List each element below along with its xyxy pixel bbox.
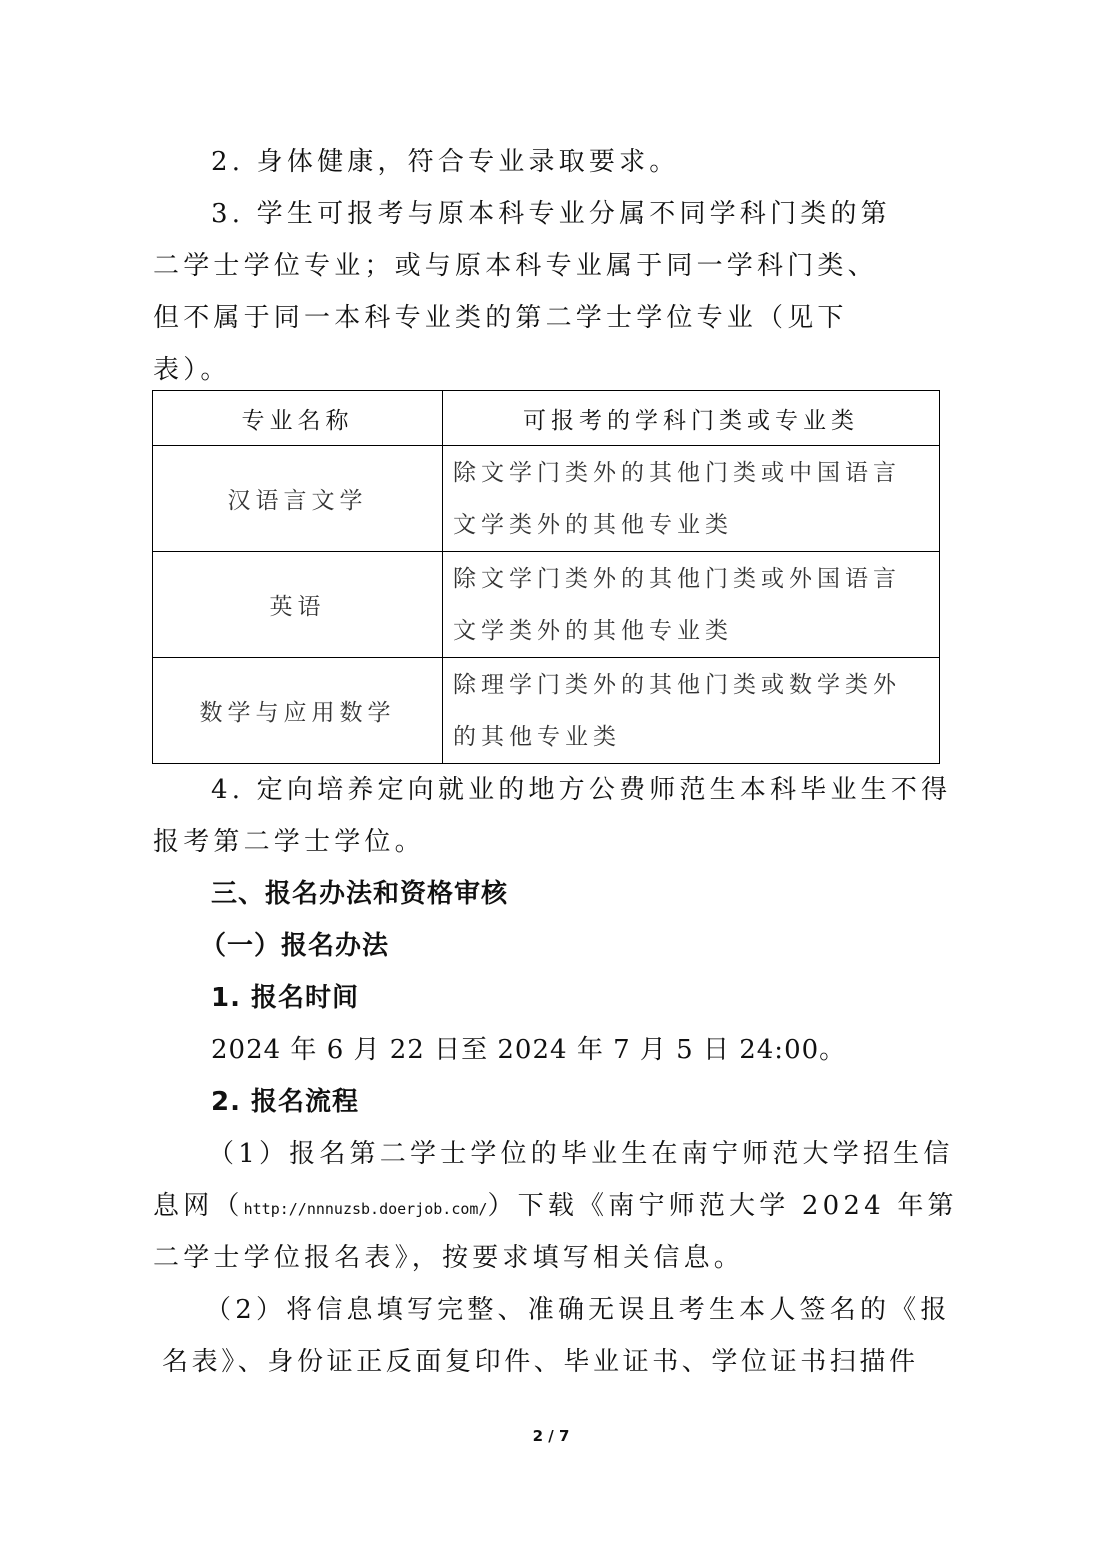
scope-line: 文学类外的其他专业类 (453, 499, 929, 551)
process-step-2-line-2: 名表》、身份证正反面复印件、毕业证书、学位证书扫描件 (162, 1336, 952, 1388)
table-row: 英语 除文学门类外的其他门类或外国语言 文学类外的其他专业类 (153, 552, 940, 658)
header-major-name: 专业名称 (153, 391, 443, 446)
header-eligible-categories: 可报考的学科门类或专业类 (443, 391, 940, 446)
table-header-row: 专业名称 可报考的学科门类或专业类 (153, 391, 940, 446)
requirement-item-3-line-2: 二学士学位专业；或与原本科专业属于同一学科门类、 (153, 240, 943, 292)
scope-line: 除理学门类外的其他门类或数学类外 (453, 659, 929, 711)
requirement-item-3-line-1: 3. 学生可报考与原本科专业分属不同学科门类的第 (211, 188, 1001, 240)
section-heading: 三、报名办法和资格审核 (211, 868, 1001, 920)
scope-line: 除文学门类外的其他门类或外国语言 (453, 553, 929, 605)
registration-time-heading: 1. 报名时间 (211, 972, 1001, 1024)
requirement-item-3-line-3: 但不属于同一本科专业类的第二学士学位专业（见下 (153, 292, 943, 344)
major-name-cell: 英语 (153, 552, 443, 658)
table-row: 数学与应用数学 除理学门类外的其他门类或数学类外 的其他专业类 (153, 658, 940, 764)
major-eligibility-table: 专业名称 可报考的学科门类或专业类 汉语言文学 除文学门类外的其他门类或中国语言… (152, 390, 940, 764)
page-indicator: 2 / 7 (0, 1427, 1102, 1445)
eligible-scope-cell: 除文学门类外的其他门类或中国语言 文学类外的其他专业类 (443, 446, 940, 552)
requirement-item-3-line-4: 表）。 (153, 344, 943, 396)
scope-line: 除文学门类外的其他门类或中国语言 (453, 447, 929, 499)
requirement-item-2: 2. 身体健康，符合专业录取要求。 (211, 136, 1001, 188)
text: ）下载《南宁师范大学 2024 年第 (487, 1191, 957, 1221)
registration-process-heading: 2. 报名流程 (211, 1076, 1001, 1128)
major-name-cell: 汉语言文学 (153, 446, 443, 552)
requirement-item-4-line-1: 4. 定向培养定向就业的地方公费师范生本科毕业生不得 (211, 764, 1001, 816)
text: 息网（ (153, 1191, 244, 1221)
eligible-scope-cell: 除文学门类外的其他门类或外国语言 文学类外的其他专业类 (443, 552, 940, 658)
process-step-1-line-3: 二学士学位报名表》，按要求填写相关信息。 (153, 1232, 943, 1284)
scope-line: 的其他专业类 (453, 711, 929, 763)
process-step-2-line-1: （2）将信息填写完整、准确无误且考生本人签名的《报 (205, 1284, 995, 1336)
eligible-scope-cell: 除理学门类外的其他门类或数学类外 的其他专业类 (443, 658, 940, 764)
table-row: 汉语言文学 除文学门类外的其他门类或中国语言 文学类外的其他专业类 (153, 446, 940, 552)
admissions-url-link[interactable]: http://nnnuzsb.doerjob.com/ (244, 1200, 488, 1218)
process-step-1-line-2: 息网（http://nnnuzsb.doerjob.com/）下载《南宁师范大学… (153, 1180, 943, 1235)
major-name-cell: 数学与应用数学 (153, 658, 443, 764)
scope-line: 文学类外的其他专业类 (453, 605, 929, 657)
requirement-item-4-line-2: 报考第二学士学位。 (153, 816, 943, 868)
subsection-heading: （一）报名办法 (200, 920, 990, 972)
process-step-1-line-1: （1）报名第二学士学位的毕业生在南宁师范大学招生信 (208, 1128, 998, 1180)
registration-time-text: 2024 年 6 月 22 日至 2024 年 7 月 5 日 24:00。 (211, 1024, 1001, 1076)
